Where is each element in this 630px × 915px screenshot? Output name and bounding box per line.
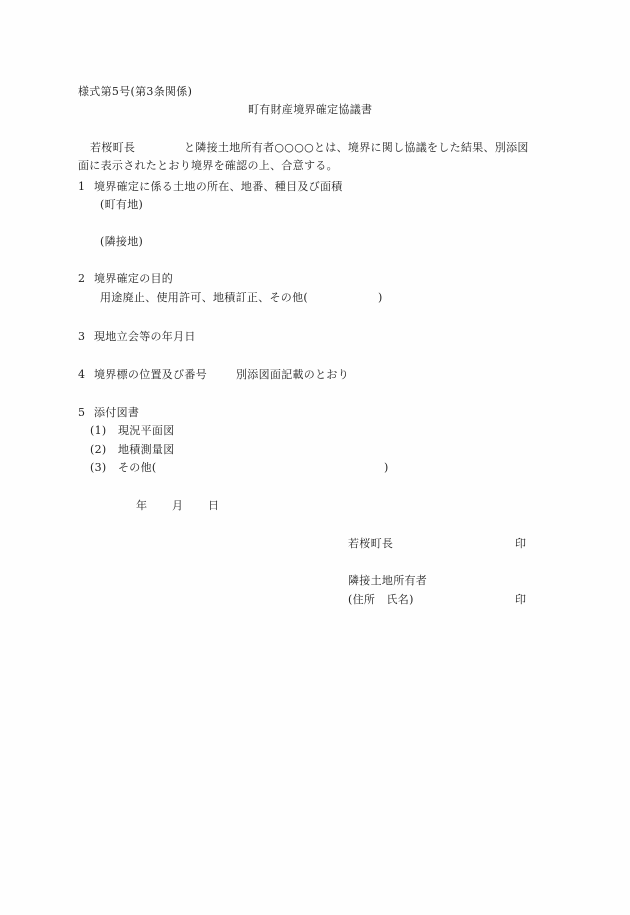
attachment-3-label: その他( xyxy=(118,461,157,475)
signature-owner-title: 隣接土地所有者 xyxy=(348,574,427,588)
section-2-body-close: ) xyxy=(378,291,383,305)
section-5-number: 5 xyxy=(78,406,85,420)
date-day: 日 xyxy=(208,499,219,513)
section-1-heading: 境界確定に係る土地の所在、地番、種目及び面積 xyxy=(94,180,343,194)
attachment-3-close: ) xyxy=(384,461,389,475)
section-5-heading: 添付図書 xyxy=(94,406,139,420)
date-year: 年 xyxy=(136,499,147,513)
intro-mayor: 若桜町長 xyxy=(90,141,135,155)
signature-mayor: 若桜町長 xyxy=(348,537,393,551)
attachment-1-label: 現況平面図 xyxy=(118,424,175,438)
date-month: 月 xyxy=(172,499,183,513)
signature-owner-address-name: (住所 氏名) xyxy=(348,593,414,607)
section-1-item-adjacent-land: (隣接地) xyxy=(100,235,143,249)
intro-line1: と隣接土地所有者○○○○とは、境界に関し協議をした結果、別添図 xyxy=(184,141,529,155)
section-3-number: 3 xyxy=(78,330,85,344)
form-label: 様式第5号(第3条関係) xyxy=(78,85,192,99)
seal-owner: 印 xyxy=(515,593,526,607)
seal-mayor: 印 xyxy=(515,537,526,551)
section-4-heading: 境界標の位置及び番号 xyxy=(94,368,207,382)
document-title: 町有財産境界確定協議書 xyxy=(248,103,372,117)
section-4-body: 別添図面記載のとおり xyxy=(236,368,349,382)
section-2-heading: 境界確定の目的 xyxy=(94,272,173,286)
attachment-3-number: (3) xyxy=(90,461,106,475)
section-3-heading: 現地立会等の年月日 xyxy=(94,330,196,344)
attachment-1-number: (1) xyxy=(90,424,106,438)
section-2-number: 2 xyxy=(78,272,85,286)
section-1-number: 1 xyxy=(78,180,85,194)
section-1-item-town-land: (町有地) xyxy=(100,198,143,212)
section-2-body: 用途廃止、使用許可、地積訂正、その他( xyxy=(100,291,308,305)
section-4-number: 4 xyxy=(78,368,85,382)
attachment-2-label: 地積測量図 xyxy=(118,443,175,457)
attachment-2-number: (2) xyxy=(90,443,106,457)
document-page: 様式第5号(第3条関係) 町有財産境界確定協議書 若桜町長 と隣接土地所有者○○… xyxy=(0,0,630,915)
intro-line2: 面に表示されたとおり境界を確認の上、合意する。 xyxy=(78,159,338,173)
